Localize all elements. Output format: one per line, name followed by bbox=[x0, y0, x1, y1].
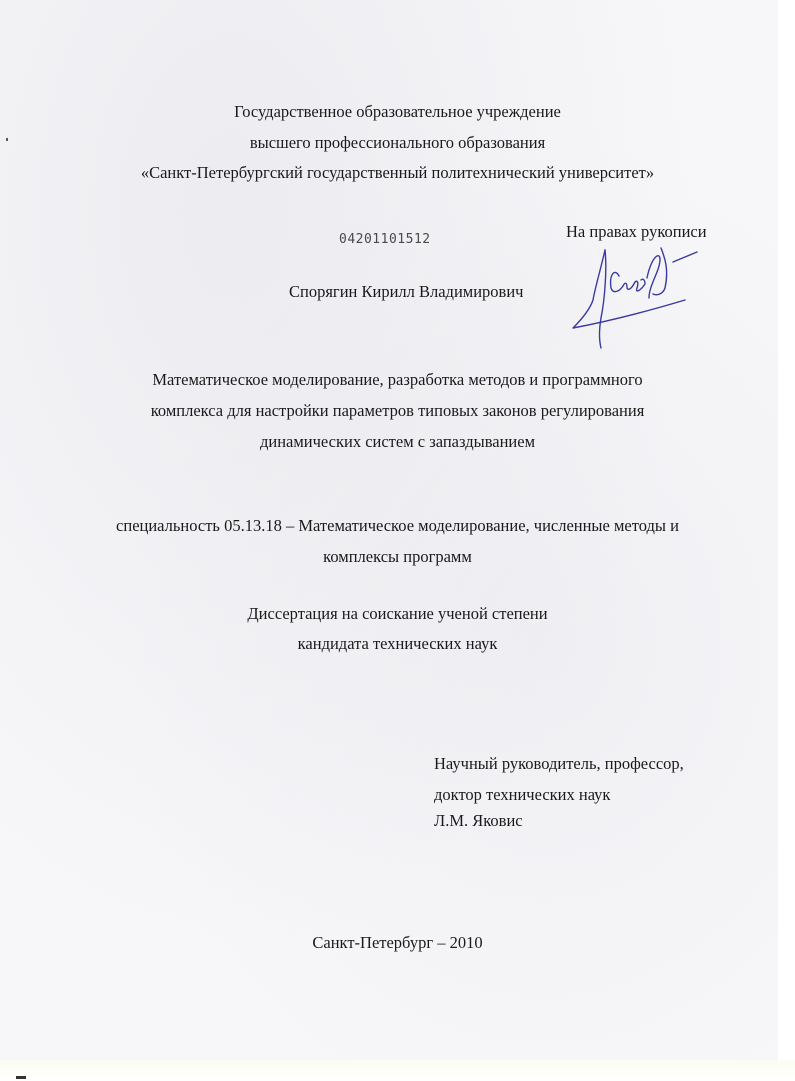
degree-line-2: кандидата технических наук bbox=[0, 634, 795, 654]
signature-icon bbox=[565, 238, 705, 350]
dissertation-title-line-2: комплекса для настройки параметров типов… bbox=[0, 401, 795, 421]
registration-number: 04201101512 bbox=[339, 232, 431, 247]
institution-line-1: Государственное образовательное учрежден… bbox=[0, 102, 795, 122]
supervisor-name: Л.М. Яковис bbox=[434, 811, 523, 831]
city-year: Санкт-Петербург – 2010 bbox=[0, 933, 795, 953]
scan-edge-bottom bbox=[0, 1060, 795, 1081]
scanned-page bbox=[0, 0, 778, 1075]
degree-line-1: Диссертация на соискание ученой степени bbox=[0, 604, 795, 624]
institution-line-2: высшего профессионального образования bbox=[0, 133, 795, 153]
specialty-line-2: комплексы программ bbox=[0, 547, 795, 567]
dissertation-title-line-1: Математическое моделирование, разработка… bbox=[0, 370, 795, 390]
institution-line-3: «Санкт-Петербургский государственный пол… bbox=[0, 163, 795, 183]
specialty-line-1: специальность 05.13.18 – Математическое … bbox=[0, 516, 795, 536]
supervisor-line-1: Научный руководитель, профессор, bbox=[434, 754, 684, 774]
dissertation-title-line-3: динамических систем с запаздыванием bbox=[0, 432, 795, 452]
scan-artifact bbox=[16, 1076, 26, 1079]
author-name: Спорягин Кирилл Владимирович bbox=[289, 282, 523, 302]
supervisor-line-2: доктор технических наук bbox=[434, 785, 610, 805]
